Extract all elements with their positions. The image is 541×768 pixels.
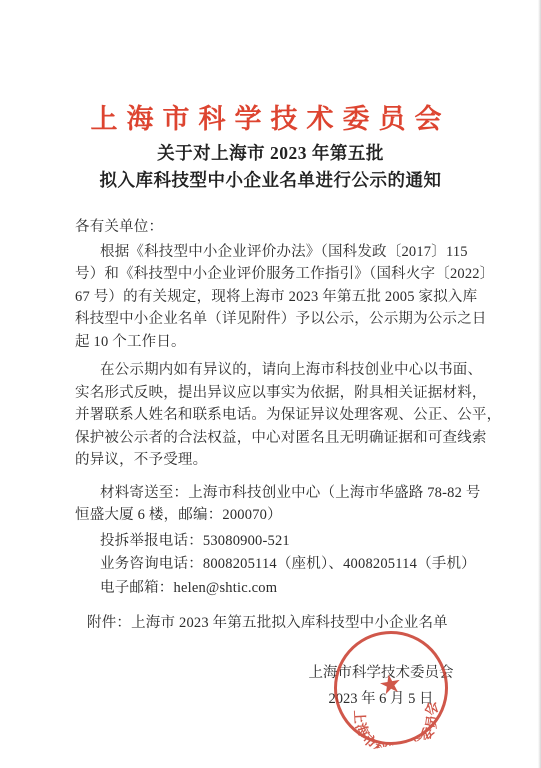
body-line: 并署联系人姓名和联系电话。为保证异议处理客观、公正、公平，	[75, 404, 475, 427]
body-line: 电子邮箱：helen@shtic.com	[75, 577, 475, 600]
body-line: 在公示期内如有异议的，请向上海市科技创业中心以书面、	[75, 359, 475, 382]
document-subtitle-line1: 关于对上海市 2023 年第五批	[0, 140, 541, 165]
body-line: 科技型中小企业名单（详见附件）予以公示，公示期为公示之日	[75, 308, 475, 331]
signature-block: 上海市科学技术委员会 2023 年 6 月 5 日	[308, 662, 454, 710]
body-line: 根据《科技型中小企业评价办法》（国科发政〔2017〕115	[75, 241, 475, 264]
attachment-line: 附件：上海市 2023 年第五批拟入库科技型中小企业名单	[87, 612, 448, 634]
body-line: 保护被公示者的合法权益，中心对匿名且无明确证据和可查线索	[75, 427, 475, 450]
body-line: 恒盛大厦 6 楼，邮编：200070）	[75, 504, 475, 527]
body-line: 67 号）的有关规定，现将上海市 2023 年第五批 2005 家拟入库	[75, 286, 475, 309]
body-line: 投拆举报电话：53080900-521	[75, 530, 475, 553]
body-line: 起 10 个工作日。	[75, 331, 475, 354]
signature-org: 上海市科学技术委员会	[308, 662, 454, 684]
body-line: 实名形式反映，提出异议应以事实为依据，附具相关证据材料，	[75, 382, 475, 405]
body-line: 的异议，不予受理。	[75, 449, 475, 472]
document-body: 各有关单位：根据《科技型中小企业评价办法》（国科发政〔2017〕115号）和《科…	[75, 216, 475, 599]
body-line: 材料寄送至：上海市科技创业中心（上海市华盛路 78-82 号	[75, 482, 475, 505]
signature-date: 2023 年 6 月 5 日	[308, 688, 454, 710]
body-line: 各有关单位：	[75, 216, 475, 239]
notice-document: 上海市科学技术委员会 关于对上海市 2023 年第五批 拟入库科技型中小企业名单…	[0, 0, 541, 768]
body-line: 号）和《科技型中小企业评价服务工作指引》（国科火字〔2022〕	[75, 263, 475, 286]
document-subtitle-line2: 拟入库科技型中小企业名单进行公示的通知	[0, 167, 541, 192]
body-line: 业务咨询电话：8008205114（座机）、4008205114（手机）	[75, 553, 475, 576]
document-title: 上海市科学技术委员会	[0, 97, 541, 136]
